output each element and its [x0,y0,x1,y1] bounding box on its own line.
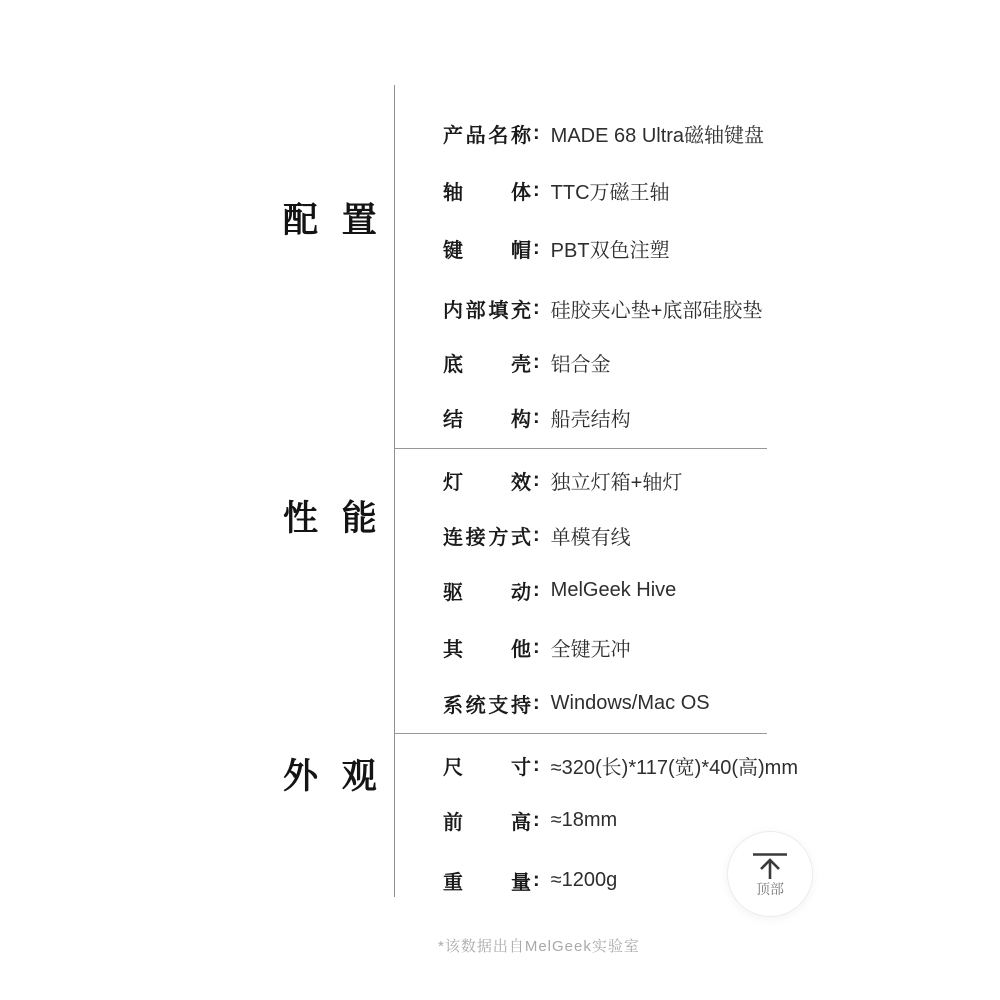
spec-label: 灯效 [443,466,531,495]
spec-value: TTC万磁王轴 [551,176,670,205]
spec-row-connection: 连接方式: 单模有线 [443,521,631,549]
spec-row-structure: 结构: 船壳结构 [443,403,631,431]
spec-value: 铝合金 [551,348,611,377]
spec-row-lighting: 灯效: 独立灯箱+轴灯 [443,466,682,494]
vertical-divider [394,85,395,897]
spec-sheet: 配 置 性 能 外 观 产品名称: MADE 68 Ultra磁轴键盘 轴体: … [0,0,1000,1000]
colon-separator: : [533,351,540,374]
colon-separator: : [533,297,540,320]
spec-label: 结构 [443,403,531,432]
spec-label: 尺寸 [443,751,531,780]
spec-value: PBT双色注塑 [551,234,670,263]
spec-label: 底壳 [443,348,531,377]
colon-separator: : [533,809,540,832]
colon-separator: : [533,469,540,492]
section-title-performance: 性 能 [283,497,384,541]
section-divider-appearance [394,733,767,734]
spec-value: Windows/Mac OS [551,692,710,715]
section-title-appearance: 外 观 [283,755,384,799]
spec-row-front-height: 前高: ≈18mm [443,806,617,834]
spec-row-product-name: 产品名称: MADE 68 Ultra磁轴键盘 [443,119,764,147]
colon-separator: : [533,406,540,429]
spec-value: ≈1200g [551,869,618,892]
spec-row-internal-filling: 内部填充: 硅胶夹心垫+底部硅胶垫 [443,294,762,322]
spec-row-keycaps: 键帽: PBT双色注塑 [443,234,670,262]
spec-label: 前高 [443,806,531,835]
spec-row-switch: 轴体: TTC万磁王轴 [443,176,670,204]
colon-separator: : [533,524,540,547]
spec-label: 其他 [443,633,531,662]
spec-row-dimensions: 尺寸: ≈320(长)*117(宽)*40(高)mm [443,751,798,779]
spec-row-other: 其他: 全键无冲 [443,633,631,661]
spec-label: 系统支持 [443,689,531,718]
colon-separator: : [533,692,540,715]
spec-label: 内部填充 [443,294,531,323]
section-title-config: 配 置 [283,199,384,243]
spec-value: MADE 68 Ultra磁轴键盘 [551,119,764,148]
spec-row-driver: 驱动: MelGeek Hive [443,576,676,604]
spec-value: 单模有线 [551,521,631,550]
spec-row-bottom-case: 底壳: 铝合金 [443,348,611,376]
spec-value: 独立灯箱+轴灯 [551,466,683,495]
spec-label: 连接方式 [443,521,531,550]
spec-value: 硅胶夹心垫+底部硅胶垫 [551,294,763,323]
spec-label: 轴体 [443,176,531,205]
back-to-top-button[interactable]: 顶部 [727,831,813,917]
colon-separator: : [533,122,540,145]
spec-row-system-support: 系统支持: Windows/Mac OS [443,689,710,717]
colon-separator: : [533,636,540,659]
colon-separator: : [533,179,540,202]
spec-label: 驱动 [443,576,531,605]
colon-separator: : [533,754,540,777]
section-divider-performance [394,448,767,449]
spec-row-weight: 重量: ≈1200g [443,866,617,894]
spec-value: MelGeek Hive [551,579,677,602]
spec-label: 产品名称 [443,119,531,148]
back-to-top-label: 顶部 [756,882,784,897]
spec-value: 船壳结构 [551,403,631,432]
colon-separator: : [533,869,540,892]
spec-value: ≈320(长)*117(宽)*40(高)mm [551,751,798,780]
spec-value: ≈18mm [551,809,618,832]
arrow-up-to-top-icon [751,852,789,880]
colon-separator: : [533,237,540,260]
spec-label: 重量 [443,866,531,895]
colon-separator: : [533,579,540,602]
footnote: *该数据出自MelGeek实验室 [438,935,640,956]
spec-value: 全键无冲 [551,633,631,662]
spec-label: 键帽 [443,234,531,263]
